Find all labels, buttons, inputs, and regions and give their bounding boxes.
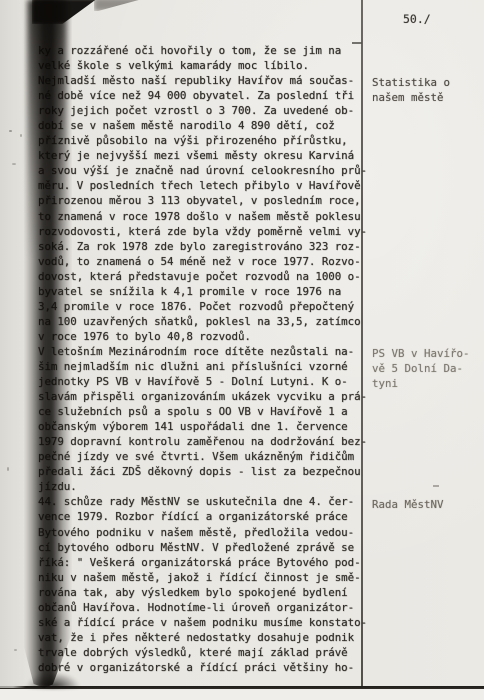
scan-speck: [20, 134, 22, 137]
book-spine-top-wedge: [32, 0, 98, 24]
scan-speck: [433, 485, 439, 487]
book-spine-bottom-foot: [26, 672, 80, 688]
book-spine-shadow-core: [28, 0, 66, 260]
margin-note-ps-vb: PS VB v Havířo- vě 5 Dolní Da- tyni: [372, 346, 482, 391]
book-spine-top-streak: [94, 0, 146, 11]
scanned-document-page: 50./ ky a rozzářené oči hovořily o tom, …: [0, 0, 484, 700]
scan-speck: [12, 163, 16, 165]
footer-strip: [0, 689, 484, 700]
scan-speck: [7, 467, 9, 471]
page-edge-light: [0, 0, 26, 688]
scan-speck: [14, 649, 17, 651]
margin-note-rada-mestnv: Rada MěstNV: [372, 497, 482, 512]
margin-note-statistika: Statistika o našem městě: [372, 75, 482, 105]
page-number: 50./: [403, 12, 431, 26]
body-text: ky a rozzářené oči hovořily o tom, že se…: [38, 43, 378, 675]
scan-speck: [9, 130, 12, 132]
